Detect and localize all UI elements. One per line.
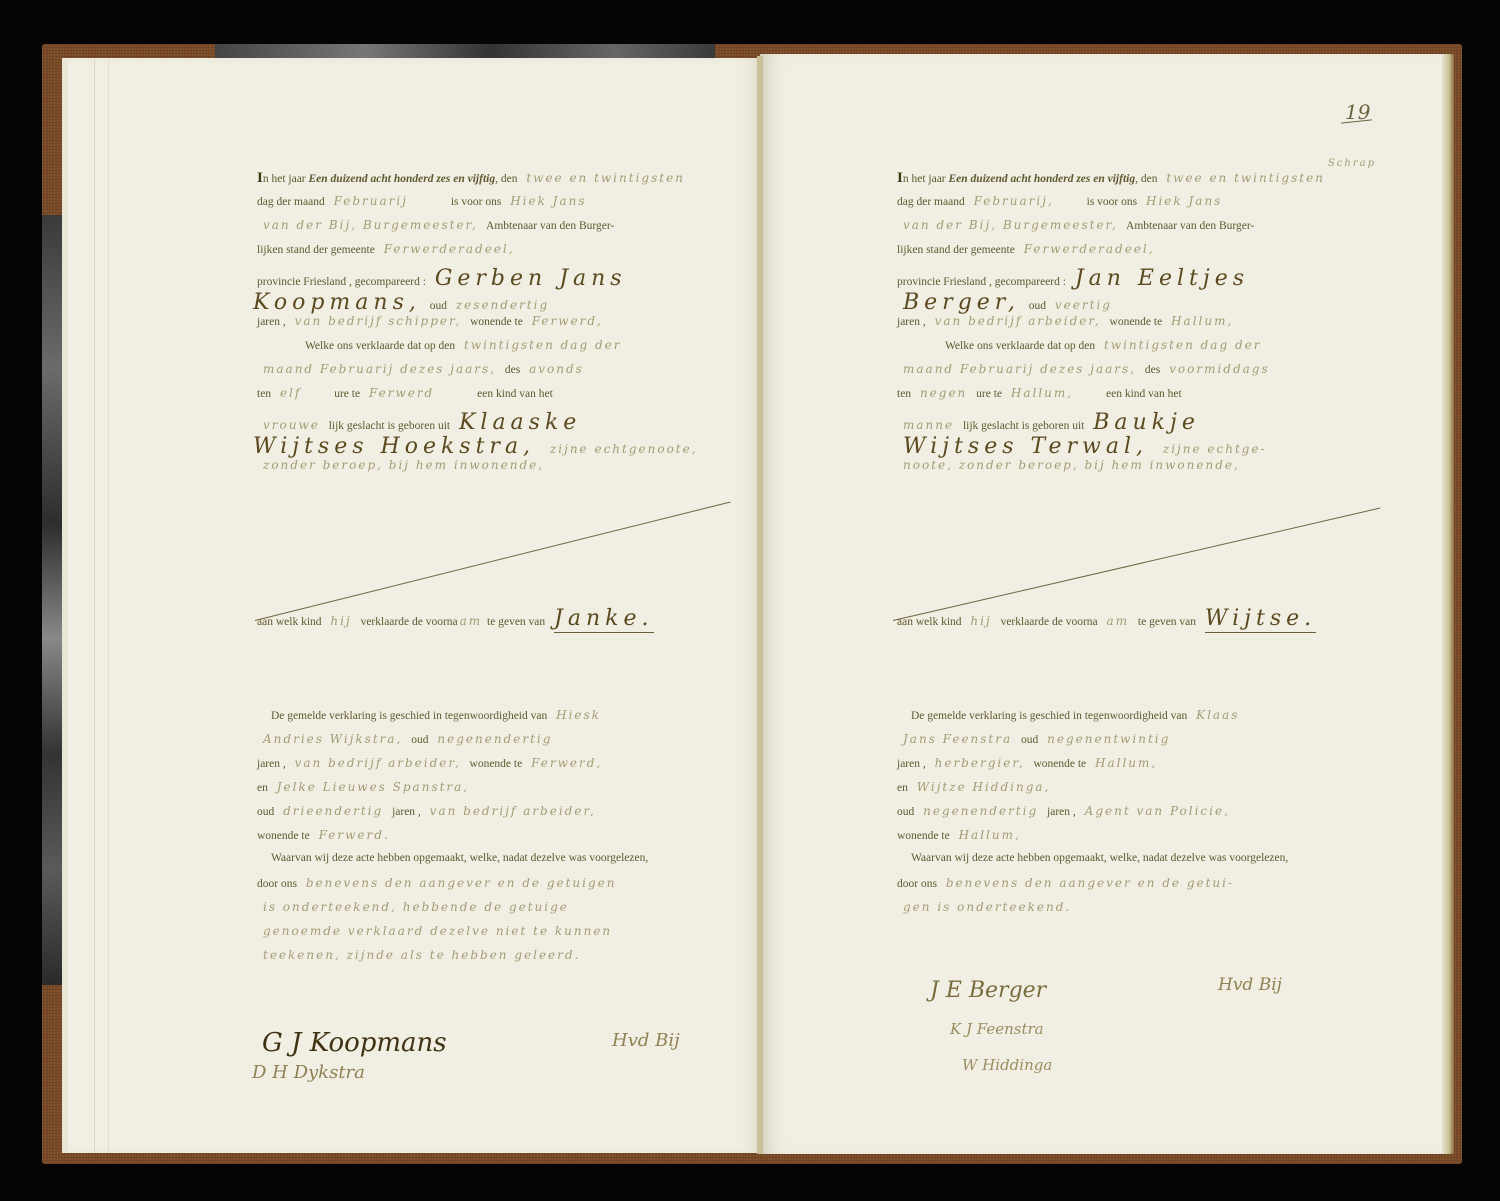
hw-day-superscript: Schrap (1328, 158, 1376, 169)
signature-witness2-right: W Hiddinga (962, 1056, 1052, 1074)
hw-declarant-occupation: van bedrijf schipper, (295, 314, 462, 328)
hw-declarant-last: Berger, (903, 290, 1020, 315)
hw-witness2-occupation: van bedrijf arbeider, (430, 804, 596, 818)
hw-closing-3: genoemde verklaard dezelve niet te kunne… (263, 924, 612, 938)
printed-year: Een duizend acht honderd zes en vijftig (309, 173, 496, 185)
hw-child-name: Janke. (554, 606, 653, 633)
hw-closing-4: teekenen, zijnde als te hebben geleerd. (263, 948, 580, 962)
hw-month: Februarij, (974, 194, 1054, 208)
hw-declarant-first: Jan Eeltjes (1075, 266, 1249, 291)
folio-number: 19 (1345, 100, 1370, 124)
hw-birth-place: Ferwerd (369, 386, 434, 400)
hw-birth-date-cont: maand Februarij dezes jaars, (263, 362, 496, 376)
hw-mother-first: Klaaske (459, 410, 581, 435)
signature-declarant-right: J E Berger (930, 978, 1046, 1003)
signature-witness-left: D H Dykstra (252, 1062, 365, 1083)
hw-official: Hiek Jans (1146, 194, 1222, 208)
hw-declarant-residence: Ferwerd, (532, 314, 603, 328)
hw-child-name: Wijtse. (1205, 606, 1316, 633)
hw-closing-1: benevens den aangever en de getuigen (306, 876, 617, 890)
hw-time-of-day: avonds (529, 362, 584, 376)
hw-official-cont: van der Bij, Burgemeester, (263, 218, 478, 232)
hw-declarant-age: zesendertig (456, 298, 549, 312)
marbled-board-left (42, 215, 64, 985)
hw-closing-2: is onderteekend, hebbende de getuige (263, 900, 569, 914)
hw-mother-last: Wijtses Hoekstra, (253, 434, 535, 459)
hw-witness2-age: drieendertig (283, 804, 383, 818)
hw-witness2: Jelke Lieuwes Spanstra, (277, 780, 469, 794)
hw-declarant-last: Koopmans, (253, 290, 421, 315)
birth-record-right: In het jaar Een duizend acht honderd zes… (897, 170, 1382, 924)
hw-pronoun: hij (330, 614, 351, 628)
line-year: In het jaar Een duizend acht honderd zes… (257, 170, 727, 194)
signature-witness1-right: K J Feenstra (950, 1020, 1044, 1038)
signature-official-left: Hvd Bij (612, 1030, 680, 1051)
signature-official-right: Hvd Bij (1218, 975, 1282, 995)
hw-mother-note: zijne echtgenoote, (550, 442, 698, 456)
marbled-board-top (215, 44, 715, 58)
book-gutter (757, 56, 763, 1154)
hw-sex: vrouwe (263, 418, 320, 432)
hw-witness2-residence: Ferwerd. (319, 828, 390, 842)
page-edge-right (1442, 54, 1454, 1154)
hw-hour: elf (280, 386, 301, 400)
hw-mother-note-cont: zonder beroep, bij hem inwonende, (263, 458, 544, 472)
hw-birth-date: twintigsten dag der (464, 338, 621, 352)
hw-mother-first: Baukje (1093, 410, 1200, 435)
signature-declarant-left: G J Koopmans (262, 1028, 447, 1058)
hw-witness1-age: negenendertig (437, 732, 552, 746)
hw-witness1-occupation: van bedrijf arbeider, (295, 756, 461, 770)
birth-record-left: In het jaar Een duizend acht honderd zes… (257, 170, 727, 972)
hw-witness1-first: Hiesk (556, 708, 601, 722)
hw-witness1-last: Andries Wijkstra, (263, 732, 402, 746)
hw-municipality: Ferwerderadeel, (384, 242, 515, 256)
hw-day: twee en twintigsten (1166, 171, 1325, 185)
hw-day: twee en twintigsten (526, 171, 685, 185)
hw-declarant-first: Gerben Jans (435, 266, 627, 291)
hw-mother-last: Wijtses Terwal, (903, 434, 1148, 459)
hw-month: Februarij (334, 194, 408, 208)
hw-name-suffix: am (460, 614, 483, 628)
hw-witness1-residence: Ferwerd, (531, 756, 602, 770)
hw-official: Hiek Jans (510, 194, 586, 208)
